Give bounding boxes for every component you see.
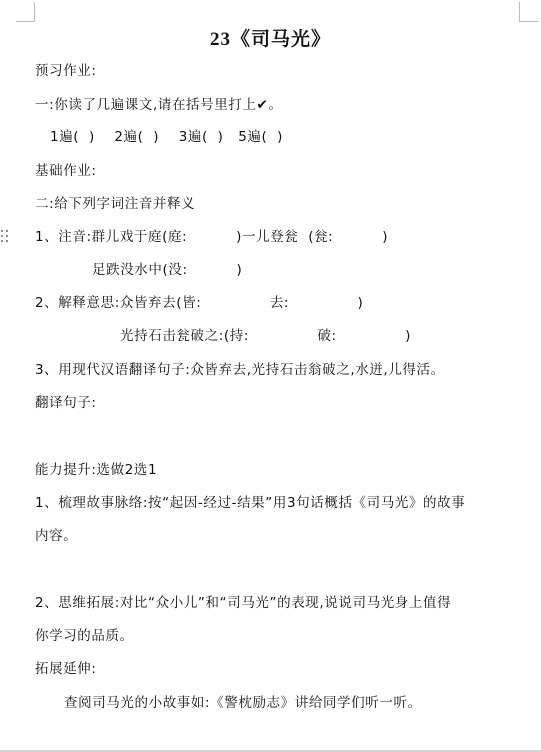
top-right-crop-mark-icon [519,2,538,22]
document-title: 23《司马光》 [0,24,541,51]
ability-question-2-line-2: 你学习的品质。 [35,627,134,645]
drag-dot [6,230,8,232]
extension-text: 查阅司马光的小故事如:《警枕励志》讲给同学们听一听。 [64,694,422,712]
pinyin-item-line-2: 足跌没水中(没: ) [92,261,242,279]
ability-question-1-line-1: 1、梳理故事脉络:按“起因-经过-结果”用3句话概括《司马光》的故事 [35,494,465,512]
meaning-item-line-2: 光持石击瓮破之:(持: 破: ) [120,327,411,345]
basic-heading: 基础作业: [35,162,97,180]
translate-item: 3、用现代汉语翻译句子:众皆弃去,光持石击翁破之,水迸,儿得活。 [35,361,445,379]
top-left-crop-mark-icon [16,2,35,22]
preview-question-1: 一:你读了几遍课文,请在括号里打上✔。 [35,96,283,114]
preview-heading: 预习作业: [35,62,97,80]
ability-question-1-line-2: 内容。 [35,527,77,545]
drag-dot [6,240,8,242]
meaning-item-line-1: 2、解释意思:众皆弃去(皆: 去: ) [35,294,363,312]
drag-dot [1,235,3,237]
drag-dot [6,235,8,237]
drag-dot [1,240,3,242]
pinyin-item-line-1: 1、注音:群儿戏于庭(庭: )一儿登瓮 (瓮: ) [35,228,388,246]
document-page: 23《司马光》 预习作业: 一:你读了几遍课文,请在括号里打上✔。 1遍( ) … [0,0,541,751]
drag-dot [1,230,3,232]
translate-label: 翻译句子: [35,394,97,412]
basic-question-2: 二:给下列字词注音并释义 [35,195,195,213]
ability-question-2-line-1: 2、思维拓展:对比“众小儿”和“司马光”的表现,说说司马光身上值得 [35,594,451,612]
extension-heading: 拓展延伸: [35,660,97,678]
reading-count-options: 1遍( ) 2遍( ) 3遍( ) 5遍( ) [50,128,283,146]
ability-heading: 能力提升:选做2选1 [35,461,157,479]
drag-handle-icon[interactable] [1,230,9,244]
